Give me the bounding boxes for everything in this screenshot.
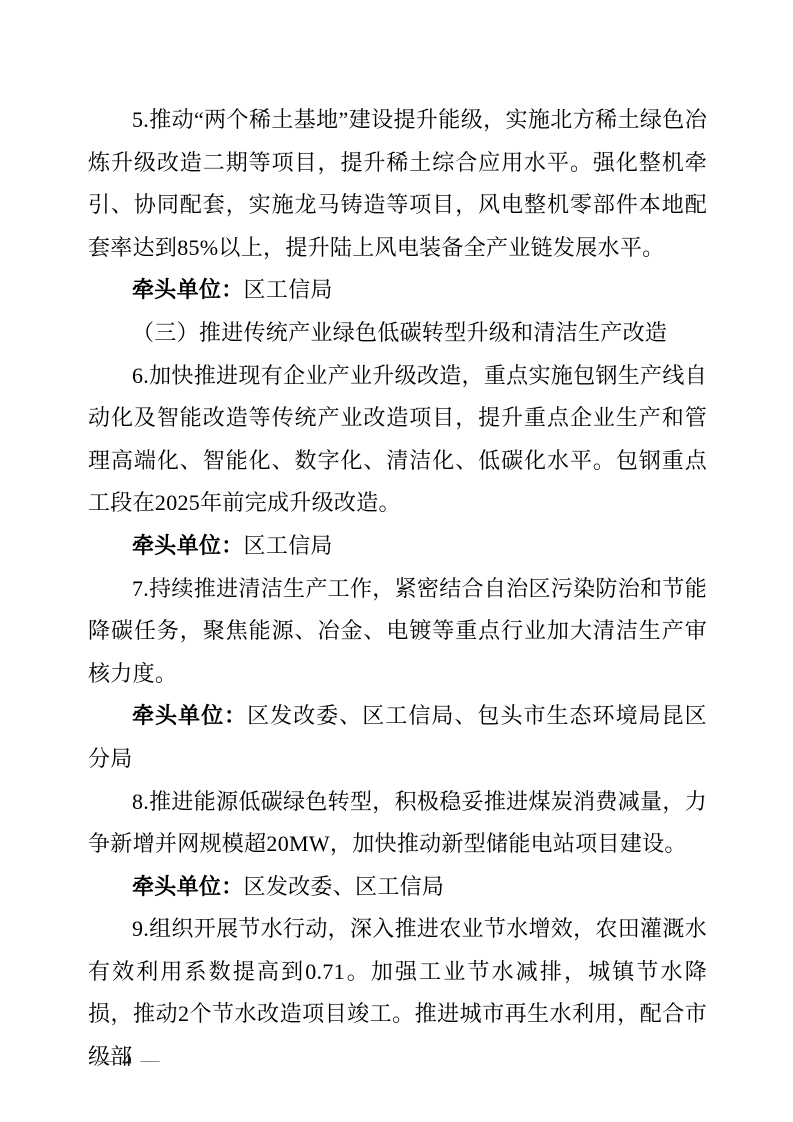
lead-unit-value: 区工信局	[244, 533, 333, 558]
footer-dash-right: —	[141, 1050, 161, 1071]
page-footer: —4—	[94, 1049, 161, 1073]
paragraph-item-9: 9.组织开展节水行动，深入推进农业节水增效，农田灌溉水有效利用系数提高到0.71…	[88, 908, 707, 1078]
page-number: 4	[114, 1050, 141, 1071]
paragraph-lead-unit-2: 牵头单位：区工信局	[88, 525, 707, 568]
lead-unit-value: 区工信局	[244, 277, 333, 302]
document-page: 5.推动“两个稀土基地”建设提升能级，实施北方稀土绿色冶炼升级改造二期等项目，提…	[0, 0, 793, 1122]
lead-unit-label: 牵头单位：	[132, 533, 244, 558]
paragraph-lead-unit-4: 牵头单位：区发改委、区工信局	[88, 866, 707, 909]
paragraph-item-5: 5.推动“两个稀土基地”建设提升能级，实施北方稀土绿色冶炼升级改造二期等项目，提…	[88, 99, 707, 269]
paragraph-item-7: 7.持续推进清洁生产工作，紧密结合自治区污染防治和节能降碳任务，聚焦能源、冶金、…	[88, 568, 707, 696]
lead-unit-value: 区发改委、区工信局	[244, 874, 445, 899]
lead-unit-label: 牵头单位：	[132, 277, 244, 302]
lead-unit-label: 牵头单位：	[132, 874, 244, 899]
paragraph-item-6: 6.加快推进现有企业产业升级改造，重点实施包钢生产线自动化及智能改造等传统产业改…	[88, 355, 707, 525]
section-heading-3: （三）推进传统产业绿色低碳转型升级和清洁生产改造	[88, 312, 707, 355]
document-body: 5.推动“两个稀土基地”建设提升能级，实施北方稀土绿色冶炼升级改造二期等项目，提…	[88, 99, 707, 1079]
lead-unit-label: 牵头单位：	[132, 703, 247, 728]
footer-dash-left: —	[94, 1050, 114, 1071]
paragraph-item-8: 8.推进能源低碳绿色转型，积极稳妥推进煤炭消费减量，力争新增并网规模超20MW，…	[88, 781, 707, 866]
paragraph-lead-unit-3: 牵头单位：区发改委、区工信局、包头市生态环境局昆区分局	[88, 695, 707, 780]
paragraph-lead-unit-1: 牵头单位：区工信局	[88, 269, 707, 312]
